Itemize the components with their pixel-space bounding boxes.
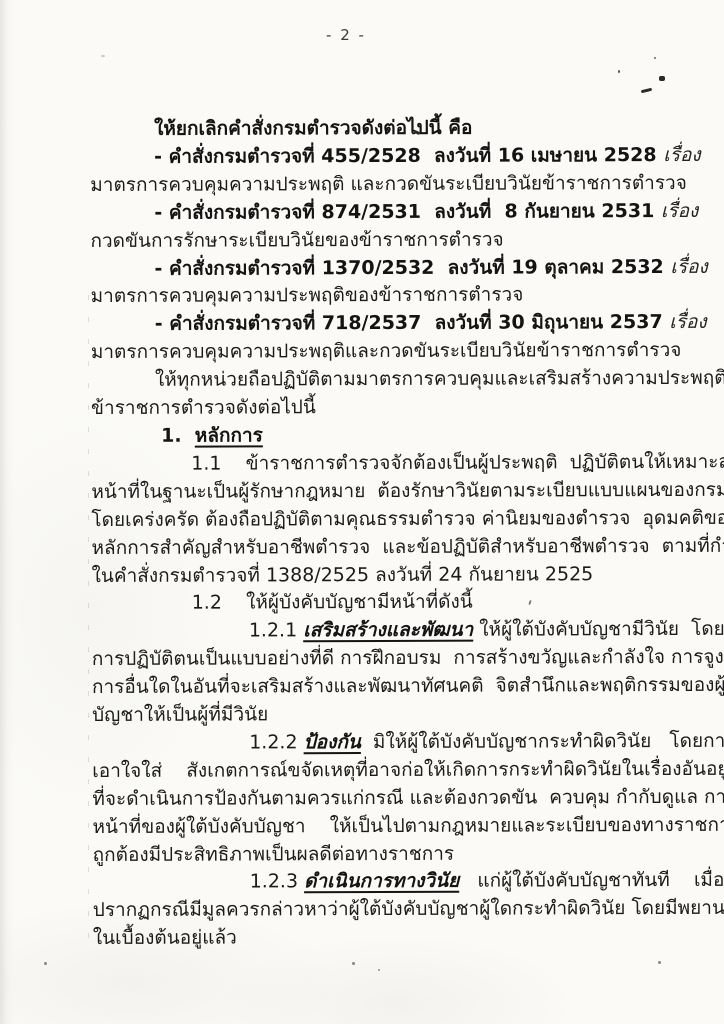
section-title: หลักการ [195,424,263,446]
text-line: ปรากฏกรณีมีมูลควรกล่าวหาว่าผู้ใต้บังคับบ… [93,895,668,925]
text-line: ข้าราชการตำรวจดังต่อไปนี้ [91,393,666,423]
text-line: ให้ยกเลิกคำสั่งกรมตำรวจดังต่อไปนี้ คือ [90,114,665,144]
line-text: หน้าที่ในฐานะเป็นผู้รักษากฎหมาย ต้องรักษ… [91,478,724,502]
line-text: ให้ทุกหน่วยถือปฏิบัติตามมาตรการควบคุมและ… [155,367,724,391]
text-line: ในเบื้องต้นอยู่แล้ว [93,923,668,953]
text-line: ในคำสั่งกรมตำรวจที่ 1388/2525 ลงวันที่ 2… [92,560,667,590]
ink-speck [641,88,652,94]
text-line: - คำสั่งกรมตำรวจที่ 718/2537 ลงวันที่ 30… [91,309,666,339]
text-line: - คำสั่งกรมตำรวจที่ 1370/2532 ลงวันที่ 1… [90,254,665,284]
line-text: ข้าราชการตำรวจดังต่อไปนี้ [91,396,316,419]
text-line: มาตรการควบคุมความประพฤติและกวดขันระเบียบ… [91,337,666,367]
order-reference: - คำสั่งกรมตำรวจที่ 718/2537 ลงวันที่ 30… [155,311,670,335]
ink-speck [618,70,620,73]
ink-speck [654,57,656,59]
subsection-line: 1.2.2 ป้องกัน มิให้ผู้ใต้บังคับบัญชากระท… [92,728,667,758]
text-line: ให้ทุกหน่วยถือปฏิบัติตามมาตรการควบคุมและ… [91,365,666,395]
subsection-title: เสริมสร้างและพัฒนา [303,619,473,642]
line-text: มาตรการควบคุมความประพฤติของข้าราชการตำรว… [91,284,524,308]
ink-speck [101,55,105,57]
line-text: ในคำสั่งกรมตำรวจที่ 1388/2525 ลงวันที่ 2… [92,563,594,587]
subsection-line: 1.2.3 ดำเนินการทางวินัย แก่ผู้ใต้บังคับบ… [93,867,668,897]
line-text: การอื่นใดในอันที่จะเสริมสร้างและพัฒนาทัศ… [92,674,724,698]
ink-speck [658,961,661,964]
line-text: แก่ผู้ใต้บังคับบัญชาทันที เมื่อ [459,869,724,892]
text-line: การปฏิบัติตนเป็นแบบอย่างที่ดี การฝึกอบรม… [92,644,667,674]
line-text: ที่จะดำเนินการป้องกันตามควรแก่กรณี และต้… [92,785,724,809]
text-line: กวดขันการรักษาระเบียบวินัยของข้าราชการตำ… [90,226,665,256]
line-text: หลักการสำคัญสำหรับอาชีพตำรวจ และข้อปฏิบั… [91,534,724,558]
line-text: หน้าที่ของผู้ใต้บังคับบัญชา ให้เป็นไปตาม… [92,813,724,837]
scan-artifact-line [88,295,89,950]
text-line: ที่จะดำเนินการป้องกันตามควรแก่กรณี และต้… [92,784,667,814]
text-line: เอาใจใส่ สังเกตการณ์ขจัดเหตุที่อาจก่อให้… [92,756,667,786]
line-text: ให้ยกเลิกคำสั่งกรมตำรวจดังต่อไปนี้ คือ [154,117,472,140]
line-text: โดยเคร่งครัด ต้องถือปฏิบัติตามคุณธรรมตำร… [91,506,724,530]
text-line: หน้าที่ของผู้ใต้บังคับบัญชา ให้เป็นไปตาม… [92,812,667,842]
subject-label: เรื่อง [661,200,698,222]
section-number: 1. [161,425,195,447]
subsection-title: ป้องกัน [304,731,361,753]
subsection-line: 1.2.1 เสริมสร้างและพัฒนา ให้ผู้ใต้บังคับ… [92,616,667,646]
document-page: - 2 - ให้ยกเลิกคำสั่งกรมตำรวจดังต่อไปนี้… [0,0,724,1024]
line-text: 1.2 ให้ผู้บังคับบัญชามีหน้าที่ดังนี้ [192,591,473,614]
text-line: หน้าที่ในฐานะเป็นผู้รักษากฎหมาย ต้องรักษ… [91,477,666,507]
text-line: การอื่นใดในอันที่จะเสริมสร้างและพัฒนาทัศ… [92,672,667,702]
line-text: ถูกต้องมีประสิทธิภาพเป็นผลดีต่อทางราชการ [93,842,455,865]
ink-speck [659,76,665,81]
section-heading: 1. หลักการ [91,421,666,451]
text-line: บัญชาให้เป็นผู้ที่มีวินัย [92,700,667,730]
line-text: ในเบื้องต้นอยู่แล้ว [93,927,237,950]
order-reference: - คำสั่งกรมตำรวจที่ 1370/2532 ลงวันที่ 1… [154,256,670,280]
page-number: - 2 - [0,26,692,44]
text-line: หลักการสำคัญสำหรับอาชีพตำรวจ และข้อปฏิบั… [91,533,666,563]
text-line: 1.1 ข้าราชการตำรวจจักต้องเป็นผู้ประพฤติ … [91,449,666,479]
text-line: มาตรการควบคุมความประพฤติของข้าราชการตำรว… [91,281,666,311]
line-text: มาตรการควบคุมความประพฤติและกวดขันระเบียบ… [91,339,682,363]
text-line: - คำสั่งกรมตำรวจที่ 455/2528 ลงวันที่ 16… [90,142,665,172]
text-line: - คำสั่งกรมตำรวจที่ 874/2531 ลงวันที่ 8 … [90,198,665,228]
line-text: มิให้ผู้ใต้บังคับบัญชากระทำผิดวินัย โดยก… [361,730,724,753]
subject-label: เรื่อง [663,144,700,166]
line-text: การปฏิบัติตนเป็นแบบอย่างที่ดี การฝึกอบรม… [92,646,724,670]
line-text: ให้ผู้ใต้บังคับบัญชามีวินัย โดย [473,618,724,641]
subject-label: เรื่อง [670,255,707,277]
order-reference: - คำสั่งกรมตำรวจที่ 874/2531 ลงวันที่ 8 … [154,200,661,224]
text-line: มาตรการควบคุมความประพฤติ และกวดขันระเบีย… [90,170,665,200]
subsection-number: 1.2.1 [249,620,303,642]
subsection-title: ดำเนินการทางวินัย [304,870,459,893]
ink-speck [44,962,47,965]
line-text: บัญชาให้เป็นผู้ที่มีวินัย [92,703,268,726]
subject-label: เรื่อง [669,311,706,333]
ink-speck [378,969,380,971]
order-reference: - คำสั่งกรมตำรวจที่ 455/2528 ลงวันที่ 16… [154,144,663,168]
text-line: ถูกต้องมีประสิทธิภาพเป็นผลดีต่อทางราชการ [93,840,668,870]
text-line: 1.2 ให้ผู้บังคับบัญชามีหน้าที่ดังนี้ [92,588,667,618]
document-body: ให้ยกเลิกคำสั่งกรมตำรวจดังต่อไปนี้ คือ -… [90,114,668,953]
line-text: ปรากฏกรณีมีมูลควรกล่าวหาว่าผู้ใต้บังคับบ… [93,897,724,921]
line-text: เอาใจใส่ สังเกตการณ์ขจัดเหตุที่อาจก่อให้… [92,757,724,781]
line-text: 1.1 ข้าราชการตำรวจจักต้องเป็นผู้ประพฤติ … [191,451,724,475]
subsection-number: 1.2.3 [250,871,304,893]
text-line: โดยเคร่งครัด ต้องถือปฏิบัติตามคุณธรรมตำร… [91,505,666,535]
line-text: กวดขันการรักษาระเบียบวินัยของข้าราชการตำ… [90,228,503,251]
ink-speck [352,962,355,965]
subsection-number: 1.2.2 [249,731,303,753]
line-text: มาตรการควบคุมความประพฤติ และกวดขันระเบีย… [90,172,687,196]
